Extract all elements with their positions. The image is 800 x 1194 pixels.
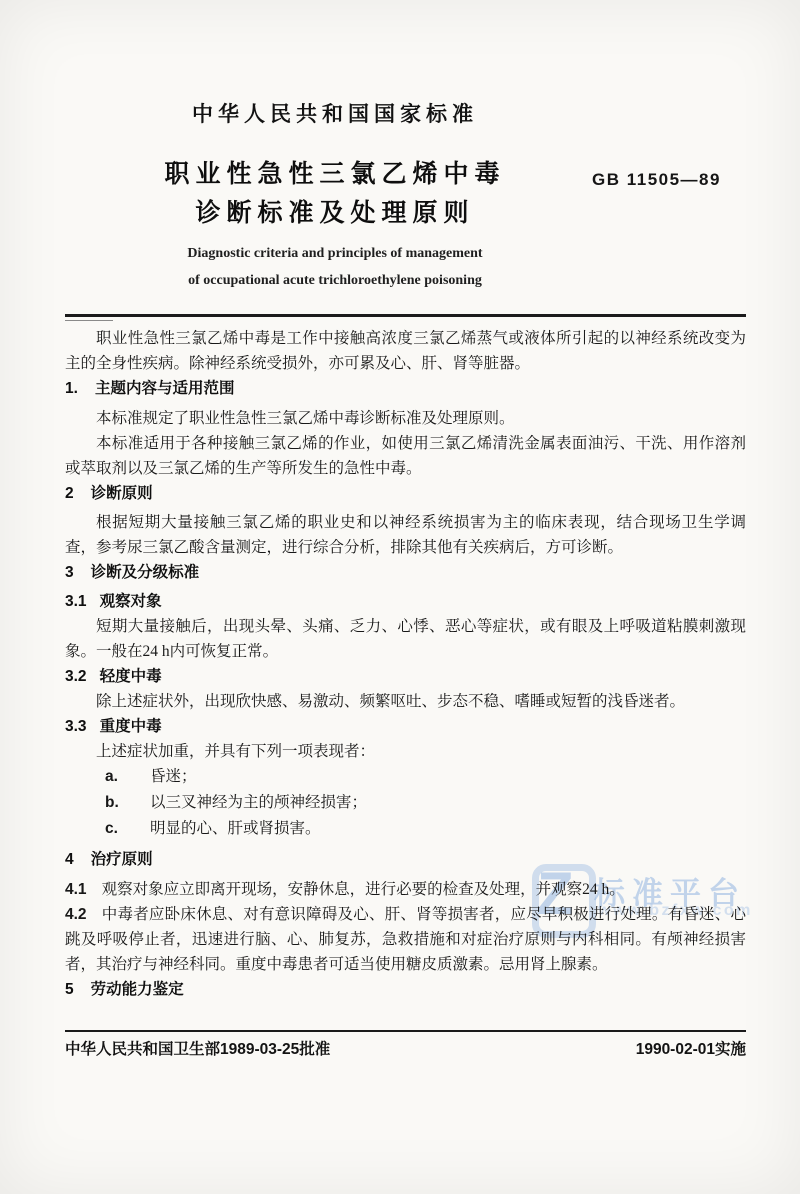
section-2-heading: 2诊断原则 xyxy=(65,481,746,506)
section-3-1-number: 3.1 xyxy=(65,593,87,610)
clause-4-2-text: 中毒者应卧床休息、对有意识障碍及心、肝、肾等损害者，应尽早积极进行处理。有昏迷、… xyxy=(65,906,746,973)
clause-4-1-text: 观察对象应立即离开现场，安静休息，进行必要的检查及处理，并观察24 h。 xyxy=(102,881,625,898)
clause-4-2: 4.2中毒者应卧床休息、对有意识障碍及心、肝、肾等损害者，应尽早积极进行处理。有… xyxy=(65,902,746,977)
section-1-paragraph-1: 本标准规定了职业性急性三氯乙烯中毒诊断标准及处理原则。 xyxy=(65,406,746,431)
clause-4-1-number: 4.1 xyxy=(65,881,87,898)
section-1-paragraph-2: 本标准适用于各种接触三氯乙烯的作业，如使用三氯乙烯清洗金属表面油污、干洗、用作溶… xyxy=(65,431,746,481)
document-title-line1: 职业性急性三氯乙烯中毒 xyxy=(65,155,605,194)
document-body: 职业性急性三氯乙烯中毒是工作中接触高浓度三氯乙烯蒸气或液体所引起的以神经系统改变… xyxy=(65,326,746,1002)
list-item-b-text: 以三叉神经为主的颅神经损害； xyxy=(150,794,367,811)
section-2-paragraph: 根据短期大量接触三氯乙烯的职业史和以神经系统损害为主的临床表现，结合现场卫生学调… xyxy=(65,510,746,560)
section-1-number: 1. xyxy=(65,380,78,397)
section-3-heading: 3诊断及分级标准 xyxy=(65,560,746,585)
section-3-3-heading: 3.3重度中毒 xyxy=(65,714,746,739)
section-3-2-number: 3.2 xyxy=(65,668,87,685)
implementation-date: 1990-02-01实施 xyxy=(636,1037,746,1059)
standard-document-page: 中华人民共和国国家标准 GB 11505—89 职业性急性三氯乙烯中毒 诊断标准… xyxy=(0,0,800,1194)
list-item-a-text: 昏迷； xyxy=(150,768,197,785)
intro-paragraph: 职业性急性三氯乙烯中毒是工作中接触高浓度三氯乙烯蒸气或液体所引起的以神经系统改变… xyxy=(65,326,746,376)
section-3-2-title: 轻度中毒 xyxy=(100,668,162,685)
section-4-heading: 4治疗原则 xyxy=(65,847,746,872)
section-2-number: 2 xyxy=(65,485,74,502)
footer: 中华人民共和国卫生部1989-03-25批准 1990-02-01实施 xyxy=(65,1037,746,1059)
clause-4-1: 4.1观察对象应立即离开现场，安静休息，进行必要的检查及处理，并观察24 h。 xyxy=(65,877,746,902)
list-item-a-label: a. xyxy=(105,764,150,790)
clause-4-2-number: 4.2 xyxy=(65,906,87,923)
section-4-title: 治疗原则 xyxy=(91,851,153,868)
section-3-title: 诊断及分级标准 xyxy=(91,564,200,581)
list-item-c-label: c. xyxy=(105,816,150,842)
header-rule-detail xyxy=(65,320,113,321)
document-title-english: Diagnostic criteria and principles of ma… xyxy=(65,240,605,294)
header-rule xyxy=(65,314,746,317)
section-3-2-paragraph: 除上述症状外，出现欣快感、易激动、频繁呕吐、步态不稳、嗜睡或短暂的浅昏迷者。 xyxy=(65,689,746,714)
section-3-3-title: 重度中毒 xyxy=(100,718,162,735)
national-standard-header: 中华人民共和国国家标准 xyxy=(65,98,605,128)
list-item-b-label: b. xyxy=(105,790,150,816)
document-title-line2: 诊断标准及处理原则 xyxy=(65,194,605,233)
section-5-heading: 5劳动能力鉴定 xyxy=(65,977,746,1002)
section-1-title: 主题内容与适用范围 xyxy=(95,380,235,397)
section-3-1-title: 观察对象 xyxy=(100,593,162,610)
list-item-b: b.以三叉神经为主的颅神经损害； xyxy=(65,790,746,816)
section-3-1-heading: 3.1观察对象 xyxy=(65,589,746,614)
document-title-english-line2: of occupational acute trichloroethylene … xyxy=(65,267,605,294)
standard-number: GB 11505—89 xyxy=(592,170,721,190)
section-1-heading: 1.主题内容与适用范围 xyxy=(65,376,746,401)
section-5-number: 5 xyxy=(65,981,74,998)
section-4-number: 4 xyxy=(65,851,74,868)
section-2-title: 诊断原则 xyxy=(91,485,153,502)
document-title-english-line1: Diagnostic criteria and principles of ma… xyxy=(65,240,605,267)
document-title: 职业性急性三氯乙烯中毒 诊断标准及处理原则 xyxy=(65,155,605,233)
list-item-c-text: 明显的心、肝或肾损害。 xyxy=(150,820,321,837)
section-3-2-heading: 3.2轻度中毒 xyxy=(65,664,746,689)
list-item-c: c.明显的心、肝或肾损害。 xyxy=(65,816,746,842)
section-3-3-paragraph: 上述症状加重，并具有下列一项表现者： xyxy=(65,739,746,764)
approval-note: 中华人民共和国卫生部1989-03-25批准 xyxy=(65,1037,330,1059)
footer-rule xyxy=(65,1030,746,1032)
section-3-3-number: 3.3 xyxy=(65,718,87,735)
section-3-number: 3 xyxy=(65,564,74,581)
section-5-title: 劳动能力鉴定 xyxy=(91,981,184,998)
list-item-a: a.昏迷； xyxy=(65,764,746,790)
section-3-1-paragraph: 短期大量接触后，出现头晕、头痛、乏力、心悸、恶心等症状，或有眼及上呼吸道粘膜刺激… xyxy=(65,614,746,664)
